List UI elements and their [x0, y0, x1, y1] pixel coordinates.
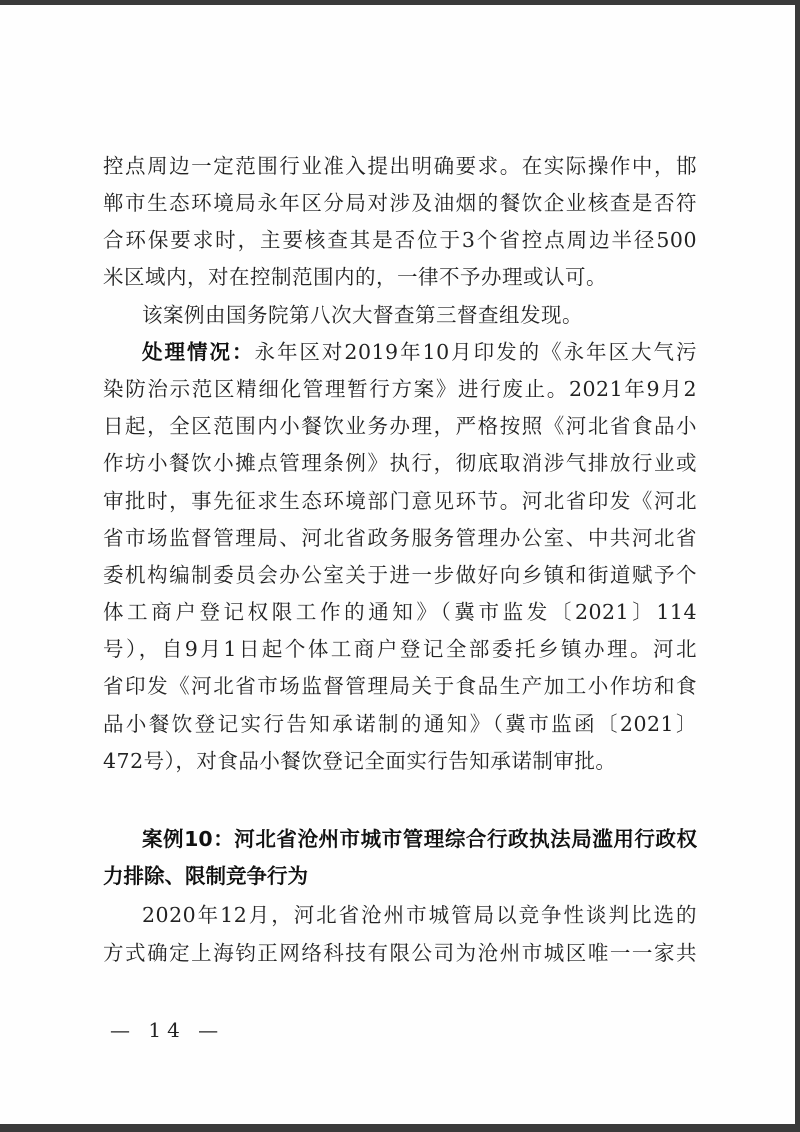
case-heading: 力排除、限制竞争行为 — [103, 863, 697, 889]
paragraph-line: 体工商户登记权限工作的通知》（冀市监发〔2021〕114 — [103, 599, 697, 625]
paragraph-line: 合环保要求时，主要核查其是否位于3个省控点周边半径500 — [103, 227, 697, 253]
paragraph-line: 472号），对食品小餐饮登记全面实行告知承诺制审批。 — [103, 748, 697, 774]
paragraph-line: 米区域内，对在控制范围内的，一律不予办理或认可。 — [103, 264, 697, 290]
paragraph-line: 方式确定上海钧正网络科技有限公司为沧州市城区唯一一家共 — [103, 940, 697, 966]
document-page: 控点周边一定范围行业准入提出明确要求。在实际操作中，邯 郸市生态环境局永年区分局… — [0, 5, 795, 1124]
processing-label: 处理情况： — [142, 340, 254, 364]
paragraph-line: 控点周边一定范围行业准入提出明确要求。在实际操作中，邯 — [103, 153, 697, 179]
page-number: — 14 — — [110, 1017, 224, 1043]
paragraph-line: 委机构编制委员会办公室关于进一步做好向乡镇和街道赋予个 — [103, 562, 697, 588]
paragraph-line: 处理情况：永年区对2019年10月印发的《永年区大气污 — [142, 339, 697, 365]
case-heading: 案例10：河北省沧州市城市管理综合行政执法局滥用行政权 — [142, 826, 697, 852]
paragraph-line: 品小餐饮登记实行告知承诺制的通知》（冀市监函〔2021〕 — [103, 711, 697, 737]
paragraph-line: 省印发《河北省市场监督管理局关于食品生产加工小作坊和食 — [103, 673, 697, 699]
paragraph-line: 号），自9月1日起个体工商户登记全部委托乡镇办理。河北 — [103, 636, 697, 662]
paragraph-line: 日起，全区范围内小餐饮业务办理，严格按照《河北省食品小 — [103, 413, 697, 439]
paragraph-line: 省市场监督管理局、河北省政务服务管理办公室、中共河北省 — [103, 525, 697, 551]
paragraph-line: 该案例由国务院第八次大督查第三督查组发现。 — [142, 302, 697, 328]
paragraph-line: 染防治示范区精细化管理暂行方案》进行废止。2021年9月2 — [103, 376, 697, 402]
paragraph-line: 2020年12月，河北省沧州市城管局以竞争性谈判比选的 — [142, 902, 697, 928]
paragraph-line: 作坊小餐饮小摊点管理条例》执行，彻底取消涉气排放行业或 — [103, 450, 697, 476]
paragraph-text: 永年区对2019年10月印发的《永年区大气污 — [254, 340, 697, 364]
paragraph-line: 审批时，事先征求生态环境部门意见环节。河北省印发《河北 — [103, 488, 697, 514]
paragraph-line: 郸市生态环境局永年区分局对涉及油烟的餐饮企业核查是否符 — [103, 190, 697, 216]
